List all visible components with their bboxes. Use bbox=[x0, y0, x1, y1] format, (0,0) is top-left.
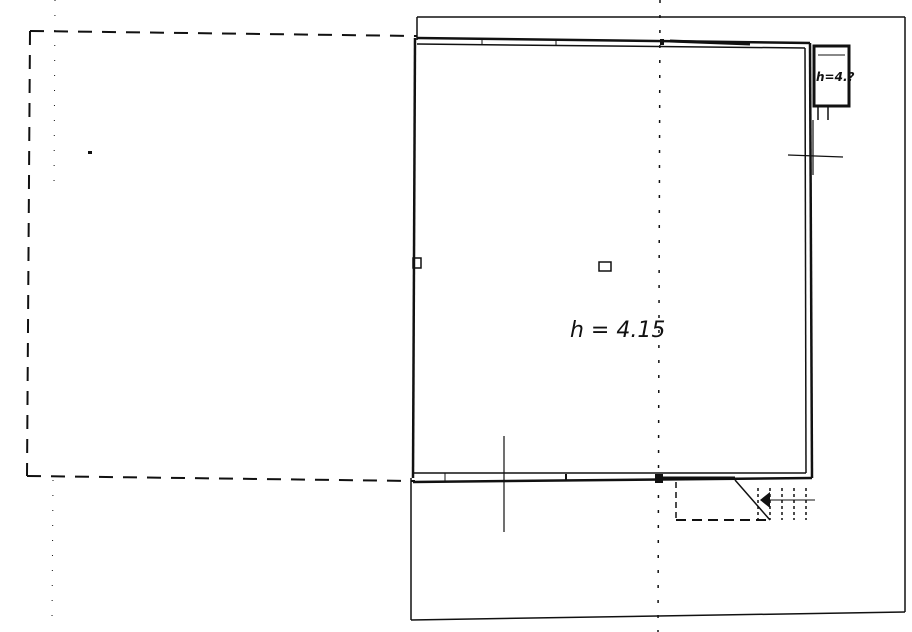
ink-speck bbox=[88, 151, 92, 154]
column-marker bbox=[599, 262, 611, 271]
stairs bbox=[676, 480, 815, 520]
center-axis bbox=[658, 0, 660, 632]
dashed-outline bbox=[27, 31, 417, 481]
floor-plan: h=4.? h = 4.15 bbox=[0, 0, 912, 632]
small-room-height-label: h=4.? bbox=[816, 70, 855, 84]
guide-dots bbox=[52, 0, 55, 620]
main-room-walls bbox=[413, 38, 812, 483]
main-room-height-label: h = 4.15 bbox=[570, 318, 665, 343]
section-marks bbox=[504, 120, 843, 532]
